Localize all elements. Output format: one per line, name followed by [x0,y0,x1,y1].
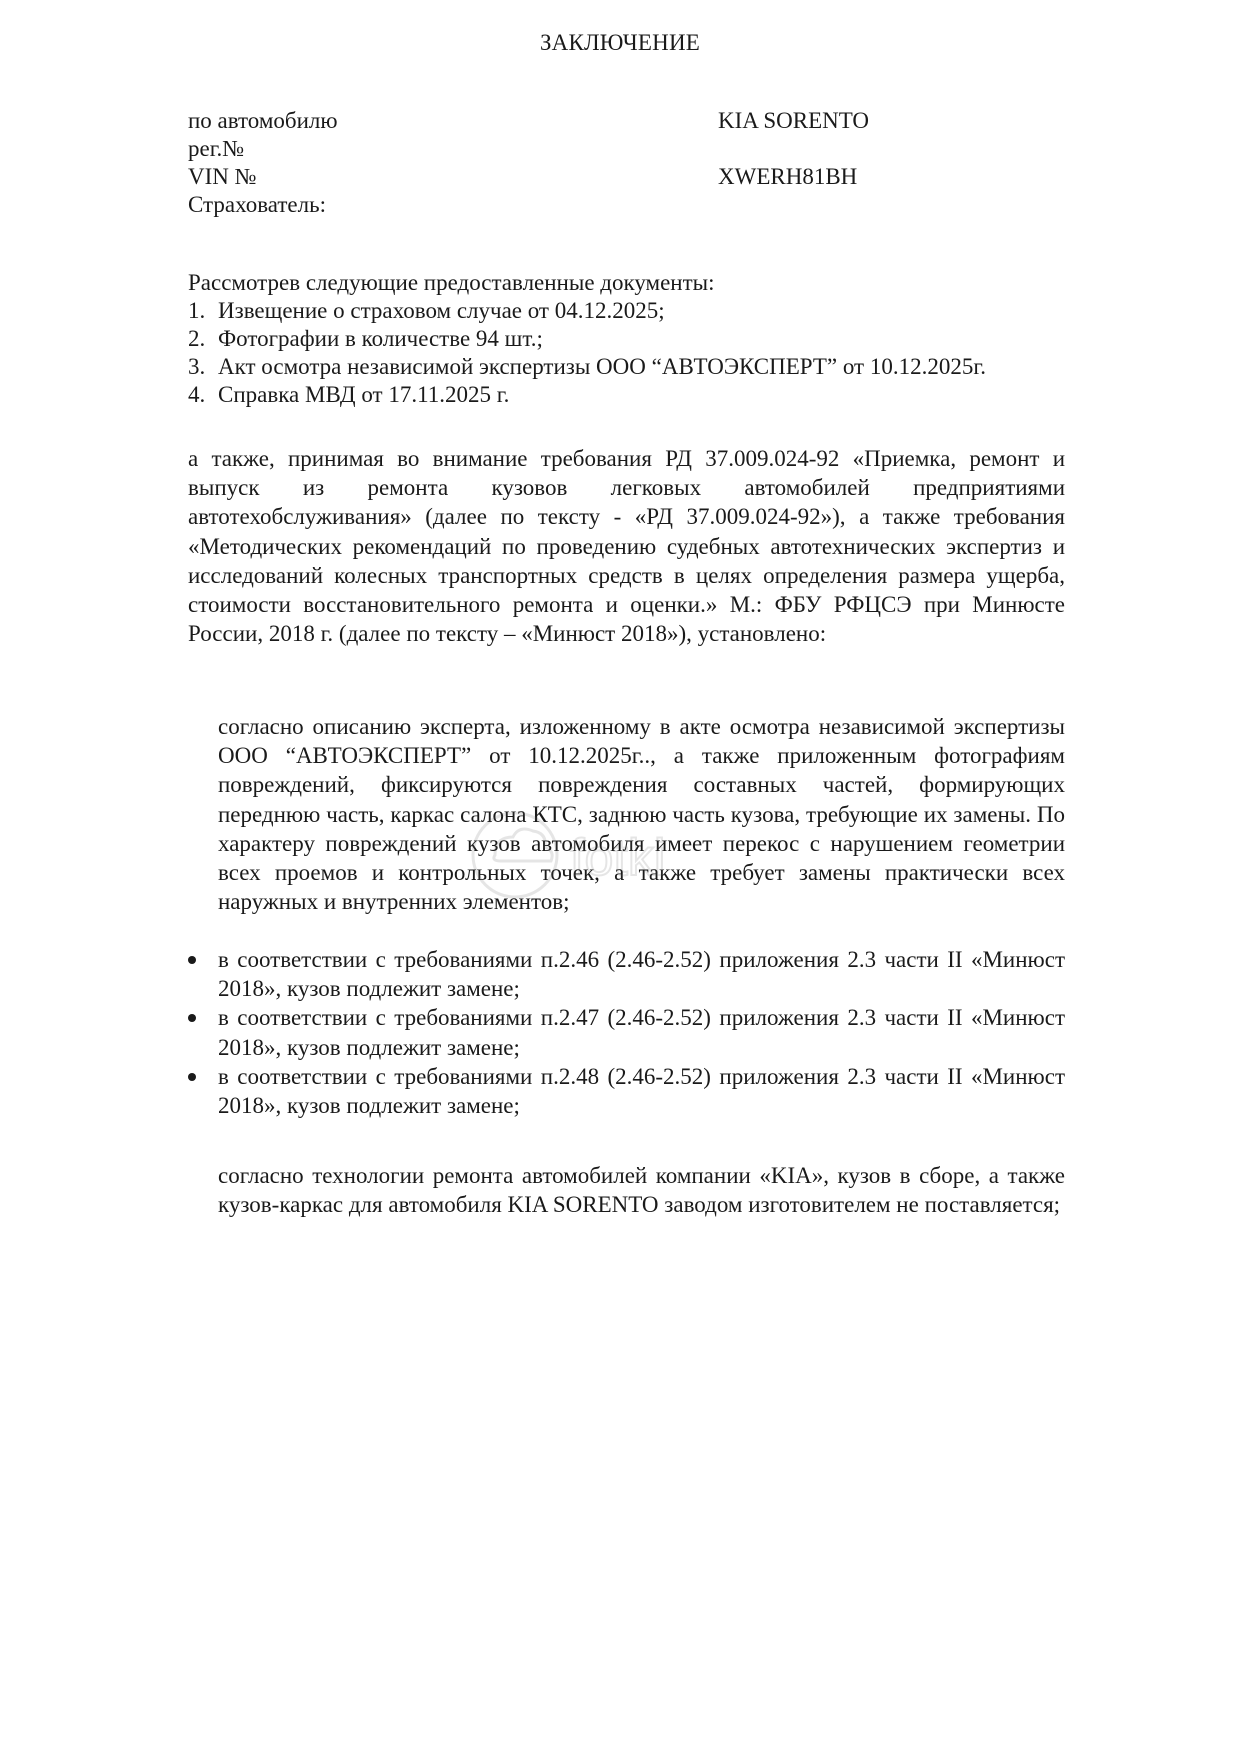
list-item: 1.Извещение о страховом случае от 04.12.… [188,297,986,325]
list-item: 4.Справка МВД от 17.11.2025 г. [188,381,986,409]
field-label-car: по автомобилю [188,107,338,135]
document-title: ЗАКЛЮЧЕНИЕ [0,30,1240,56]
field-value-car: KIA SORENTO [718,107,869,135]
bullet-icon [188,1073,196,1081]
field-label-insurer: Страхователь: [188,191,326,219]
bullet-icon [188,956,196,964]
paragraph-manufacturer: согласно технологии ремонта автомобилей … [218,1161,1065,1219]
bullet-icon [188,1014,196,1022]
list-item: 2.Фотографии в количестве 94 шт.; [188,325,986,353]
document-page: ЗАКЛЮЧЕНИЕ по автомобилю KIA SORENTO рег… [0,0,1240,1755]
documents-intro: Рассмотрев следующие предоставленные док… [188,269,715,297]
list-item: в соответствии с требованиями п.2.46 (2.… [188,945,1065,1003]
paragraph-requirements: а также, принимая во внимание требования… [188,444,1065,648]
field-label-reg: рег.№ [188,135,244,163]
field-value-vin: XWERH81BH [718,163,857,191]
list-item: 3.Акт осмотра независимой экспертизы ООО… [188,353,986,381]
field-label-vin: VIN № [188,163,257,191]
documents-list: 1.Извещение о страховом случае от 04.12.… [188,297,986,409]
list-item: в соответствии с требованиями п.2.48 (2.… [188,1062,1065,1120]
paragraph-expert: согласно описанию эксперта, изложенному … [218,712,1065,916]
bullet-list: в соответствии с требованиями п.2.46 (2.… [188,945,1065,1120]
list-item: в соответствии с требованиями п.2.47 (2.… [188,1003,1065,1061]
